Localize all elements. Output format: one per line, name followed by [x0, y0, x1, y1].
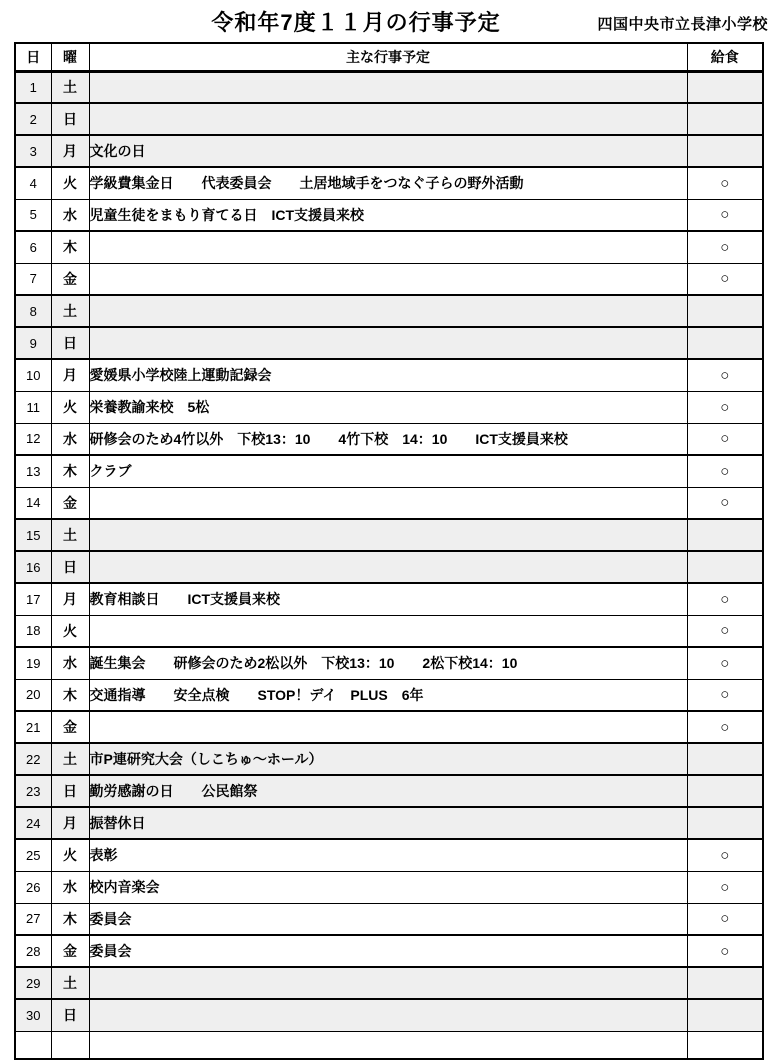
table-row: 4火学級費集金日 代表委員会 土居地域手をつなぐ子らの野外活動○: [15, 167, 763, 199]
day-cell: 18: [15, 615, 51, 647]
lunch-cell: ○: [687, 711, 763, 743]
day-cell: 3: [15, 135, 51, 167]
lunch-mark: ○: [720, 239, 729, 256]
lunch-cell: ○: [687, 263, 763, 295]
events-cell: 勤労感謝の日 公民館祭: [89, 775, 687, 807]
table-row: 13木クラブ○: [15, 455, 763, 487]
table-row: 8土: [15, 295, 763, 327]
table-row: 12水研修会のため4竹以外 下校13：10 4竹下校 14：10 ICT支援員来…: [15, 423, 763, 455]
day-cell: [15, 1031, 51, 1059]
events-cell: 振替休日: [89, 807, 687, 839]
weekday-cell: 金: [51, 711, 89, 743]
schedule-rows: 1土2日3月文化の日4火学級費集金日 代表委員会 土居地域手をつなぐ子らの野外活…: [15, 71, 763, 1059]
lunch-cell: [687, 71, 763, 103]
lunch-mark: ○: [720, 206, 729, 223]
table-row: 5水児童生徒をまもり育てる日 ICT支援員来校○: [15, 199, 763, 231]
day-cell: 19: [15, 647, 51, 679]
lunch-mark: ○: [720, 494, 729, 511]
lunch-cell: ○: [687, 903, 763, 935]
lunch-cell: ○: [687, 647, 763, 679]
events-cell: [89, 519, 687, 551]
day-cell: 22: [15, 743, 51, 775]
events-cell: [89, 1031, 687, 1059]
weekday-cell: 木: [51, 455, 89, 487]
day-cell: 27: [15, 903, 51, 935]
header-events: 主な行事予定: [89, 43, 687, 71]
table-row: 1土: [15, 71, 763, 103]
table-row: 11火栄養教諭来校 5松○: [15, 391, 763, 423]
table-row: 10月愛媛県小学校陸上運動記録会○: [15, 359, 763, 391]
day-cell: 1: [15, 71, 51, 103]
day-cell: 23: [15, 775, 51, 807]
lunch-cell: ○: [687, 583, 763, 615]
lunch-mark: ○: [720, 399, 729, 416]
weekday-cell: 金: [51, 935, 89, 967]
day-cell: 10: [15, 359, 51, 391]
day-cell: 9: [15, 327, 51, 359]
lunch-cell: ○: [687, 679, 763, 711]
weekday-cell: 土: [51, 743, 89, 775]
lunch-mark: ○: [720, 910, 729, 927]
table-row: 9日: [15, 327, 763, 359]
events-cell: 研修会のため4竹以外 下校13：10 4竹下校 14：10 ICT支援員来校: [89, 423, 687, 455]
table-row: 28金委員会○: [15, 935, 763, 967]
lunch-cell: ○: [687, 615, 763, 647]
lunch-mark: ○: [720, 719, 729, 736]
weekday-cell: 木: [51, 903, 89, 935]
header-lunch: 給食: [687, 43, 763, 71]
lunch-cell: [687, 551, 763, 583]
day-cell: 20: [15, 679, 51, 711]
day-cell: 30: [15, 999, 51, 1031]
lunch-cell: ○: [687, 167, 763, 199]
events-cell: 市P連研究大会（しこちゅ～ホール）: [89, 743, 687, 775]
events-cell: 交通指導 安全点検 STOP！デイ PLUS 6年: [89, 679, 687, 711]
lunch-cell: [687, 327, 763, 359]
schedule-table: 日 曜 主な行事予定 給食 1土2日3月文化の日4火学級費集金日 代表委員会 土…: [14, 42, 764, 1060]
weekday-cell: 日: [51, 775, 89, 807]
events-cell: 教育相談日 ICT支援員来校: [89, 583, 687, 615]
events-cell: [89, 999, 687, 1031]
lunch-cell: [687, 103, 763, 135]
schedule-page: 令和年7度１１月の行事予定 四国中央市立長津小学校 日 曜 主な行事予定 給食 …: [0, 0, 776, 1062]
events-cell: [89, 231, 687, 263]
events-cell: [89, 263, 687, 295]
events-cell: 委員会: [89, 903, 687, 935]
lunch-mark: ○: [720, 943, 729, 960]
table-row: 29土: [15, 967, 763, 999]
events-cell: 学級費集金日 代表委員会 土居地域手をつなぐ子らの野外活動: [89, 167, 687, 199]
weekday-cell: 土: [51, 295, 89, 327]
day-cell: 2: [15, 103, 51, 135]
lunch-cell: ○: [687, 423, 763, 455]
weekday-cell: 金: [51, 487, 89, 519]
events-cell: 委員会: [89, 935, 687, 967]
events-cell: クラブ: [89, 455, 687, 487]
lunch-mark: ○: [720, 367, 729, 384]
weekday-cell: 木: [51, 231, 89, 263]
lunch-cell: ○: [687, 231, 763, 263]
weekday-cell: 月: [51, 135, 89, 167]
lunch-cell: ○: [687, 455, 763, 487]
lunch-mark: ○: [720, 430, 729, 447]
weekday-cell: 月: [51, 583, 89, 615]
lunch-cell: ○: [687, 199, 763, 231]
day-cell: 15: [15, 519, 51, 551]
lunch-mark: ○: [720, 591, 729, 608]
lunch-mark: ○: [720, 655, 729, 672]
day-cell: 17: [15, 583, 51, 615]
lunch-cell: [687, 999, 763, 1031]
day-cell: 12: [15, 423, 51, 455]
events-cell: [89, 615, 687, 647]
events-cell: 校内音楽会: [89, 871, 687, 903]
header-day: 日: [15, 43, 51, 71]
events-cell: 表彰: [89, 839, 687, 871]
table-row: 23日勤労感謝の日 公民館祭: [15, 775, 763, 807]
table-row: 6木○: [15, 231, 763, 263]
events-cell: [89, 103, 687, 135]
weekday-cell: 水: [51, 423, 89, 455]
school-name: 四国中央市立長津小学校: [597, 13, 768, 34]
table-row: 16日: [15, 551, 763, 583]
lunch-mark: ○: [720, 622, 729, 639]
weekday-cell: 火: [51, 615, 89, 647]
events-cell: 誕生集会 研修会のため2松以外 下校13：10 2松下校14：10: [89, 647, 687, 679]
lunch-cell: [687, 775, 763, 807]
events-cell: [89, 295, 687, 327]
weekday-cell: 水: [51, 647, 89, 679]
day-cell: 5: [15, 199, 51, 231]
weekday-cell: 土: [51, 519, 89, 551]
table-row: 25火表彰○: [15, 839, 763, 871]
weekday-cell: 火: [51, 839, 89, 871]
weekday-cell: 日: [51, 551, 89, 583]
day-cell: 21: [15, 711, 51, 743]
lunch-mark: ○: [720, 270, 729, 287]
table-row: 21金○: [15, 711, 763, 743]
lunch-mark: ○: [720, 463, 729, 480]
events-cell: 愛媛県小学校陸上運動記録会: [89, 359, 687, 391]
table-row: 30日: [15, 999, 763, 1031]
day-cell: 11: [15, 391, 51, 423]
weekday-cell: 土: [51, 71, 89, 103]
events-cell: [89, 967, 687, 999]
weekday-cell: 日: [51, 327, 89, 359]
weekday-cell: 水: [51, 199, 89, 231]
lunch-cell: [687, 135, 763, 167]
day-cell: 7: [15, 263, 51, 295]
day-cell: 16: [15, 551, 51, 583]
day-cell: 8: [15, 295, 51, 327]
weekday-cell: 水: [51, 871, 89, 903]
day-cell: 29: [15, 967, 51, 999]
events-cell: [89, 71, 687, 103]
weekday-cell: 日: [51, 999, 89, 1031]
lunch-mark: ○: [720, 686, 729, 703]
day-cell: 25: [15, 839, 51, 871]
lunch-cell: ○: [687, 935, 763, 967]
table-row: 14金○: [15, 487, 763, 519]
weekday-cell: 金: [51, 263, 89, 295]
day-cell: 26: [15, 871, 51, 903]
weekday-cell: 日: [51, 103, 89, 135]
weekday-cell: 火: [51, 391, 89, 423]
events-cell: [89, 487, 687, 519]
lunch-cell: [687, 519, 763, 551]
day-cell: 4: [15, 167, 51, 199]
lunch-cell: ○: [687, 391, 763, 423]
lunch-cell: ○: [687, 871, 763, 903]
table-row: [15, 1031, 763, 1059]
header-weekday: 曜: [51, 43, 89, 71]
events-cell: [89, 711, 687, 743]
table-row: 15土: [15, 519, 763, 551]
lunch-cell: [687, 967, 763, 999]
events-cell: 文化の日: [89, 135, 687, 167]
events-cell: [89, 327, 687, 359]
table-row: 19水誕生集会 研修会のため2松以外 下校13：10 2松下校14：10○: [15, 647, 763, 679]
weekday-cell: 月: [51, 807, 89, 839]
events-cell: [89, 551, 687, 583]
table-row: 22土市P連研究大会（しこちゅ～ホール）: [15, 743, 763, 775]
lunch-mark: ○: [720, 175, 729, 192]
weekday-cell: 火: [51, 167, 89, 199]
table-row: 24月振替休日: [15, 807, 763, 839]
table-row: 7金○: [15, 263, 763, 295]
weekday-cell: 土: [51, 967, 89, 999]
table-row: 18火○: [15, 615, 763, 647]
lunch-cell: [687, 807, 763, 839]
table-row: 2日: [15, 103, 763, 135]
lunch-cell: ○: [687, 839, 763, 871]
lunch-mark: ○: [720, 879, 729, 896]
lunch-cell: [687, 1031, 763, 1059]
table-row: 17月教育相談日 ICT支援員来校○: [15, 583, 763, 615]
header-row: 日 曜 主な行事予定 給食: [15, 43, 763, 71]
lunch-mark: ○: [720, 847, 729, 864]
table-row: 3月文化の日: [15, 135, 763, 167]
events-cell: 児童生徒をまもり育てる日 ICT支援員来校: [89, 199, 687, 231]
day-cell: 24: [15, 807, 51, 839]
lunch-cell: [687, 295, 763, 327]
weekday-cell: [51, 1031, 89, 1059]
lunch-cell: ○: [687, 359, 763, 391]
table-row: 26水校内音楽会○: [15, 871, 763, 903]
table-row: 20木交通指導 安全点検 STOP！デイ PLUS 6年○: [15, 679, 763, 711]
weekday-cell: 月: [51, 359, 89, 391]
day-cell: 28: [15, 935, 51, 967]
table-row: 27木委員会○: [15, 903, 763, 935]
weekday-cell: 木: [51, 679, 89, 711]
events-cell: 栄養教諭来校 5松: [89, 391, 687, 423]
day-cell: 6: [15, 231, 51, 263]
lunch-cell: [687, 743, 763, 775]
day-cell: 13: [15, 455, 51, 487]
day-cell: 14: [15, 487, 51, 519]
lunch-cell: ○: [687, 487, 763, 519]
